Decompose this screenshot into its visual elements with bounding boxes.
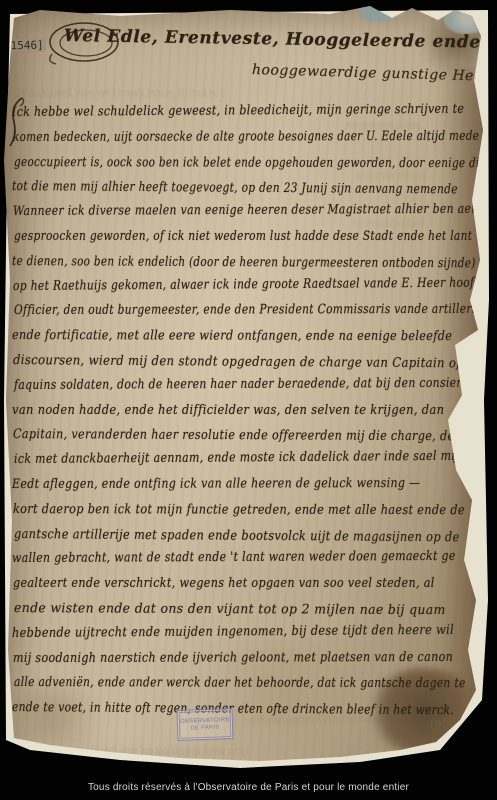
- copyright-caption: Tous droits réservés à l'Observatoire de…: [0, 782, 497, 793]
- handwriting-line: ende fortificatie, met alle eere wierd o…: [12, 328, 452, 344]
- scan-viewport: [1546] Wel Edle, Erentveste, Hooggeleerd…: [0, 0, 497, 800]
- handwriting-line: wallen gebracht, want de stadt ende 't l…: [12, 549, 456, 566]
- bleedthrough-mark: geoccupieert is, oock soo ben ick belet …: [346, 118, 420, 132]
- catalog-number: [1546]: [2, 39, 46, 53]
- salutation-line-2: hooggewaerdige gunstige Heere: [252, 62, 497, 85]
- handwriting-line: faquins soldaten, doch de heeren haer na…: [14, 376, 476, 393]
- handwriting-line: Eedt afleggen, ende ontfing ick van alle…: [12, 476, 420, 492]
- salutation-line-1: Wel Edle, Erentveste, Hooggeleerde ende …: [64, 26, 497, 55]
- handwriting-line: gesproocken geworden, of ick niet wedero…: [14, 229, 472, 244]
- handwriting-line: Capitain, veranderden haer resolutie end…: [13, 427, 471, 444]
- handwriting-line: mij soodanigh naerstich ende ijverich ge…: [13, 650, 453, 666]
- handwriting-line: kort daerop ben ick tot mijn functie get…: [13, 502, 465, 518]
- handwriting-line: ick met danckbaerheijt aennam, ende most…: [14, 449, 466, 467]
- handwriting-line: gantsche artillerije met spaden ende boo…: [14, 527, 460, 545]
- bleedthrough-mark: ende fortificatie, met alle eere wierd o…: [356, 168, 426, 182]
- stamp-line-2: DE PARIS: [191, 724, 220, 731]
- observatoire-stamp: OBSERVATOIRE DE PARIS: [176, 708, 233, 741]
- handwriting-line: Officier, den oudt burgemeester, ende de…: [14, 302, 482, 318]
- handwriting-line: hebbende uijtrecht ende muijden ingenome…: [12, 623, 454, 641]
- handwriting-line: ende wisten ende dat ons den vijant tot …: [14, 601, 446, 618]
- handwriting-line: alle adveniën, ende ander werck daer het…: [14, 675, 466, 691]
- handwriting-line: te dienen, soo ben ick endelich (door de…: [12, 254, 476, 271]
- manuscript-page: [1546] Wel Edle, Erentveste, Hooggeleerd…: [0, 0, 497, 800]
- handwriting-line: gealteert ende verschrickt, wegens het o…: [13, 576, 435, 591]
- handwriting-line: van noden hadde, ende het difficielder w…: [12, 403, 444, 418]
- handwriting-line: tot die men mij alhier heeft toegevoegt,…: [12, 179, 458, 197]
- handwriting-line: discoursen, wierd mij den stondt opgedra…: [13, 353, 461, 371]
- handwriting-line: op het Raethuijs gekomen, alwaer ick ind…: [13, 275, 479, 293]
- bleedthrough-mark: van noden hadde, ende het difficielder w…: [352, 216, 424, 230]
- bleedthrough-mark: op het Raethuijs gekomen, alwaer ick ind…: [0, 86, 228, 100]
